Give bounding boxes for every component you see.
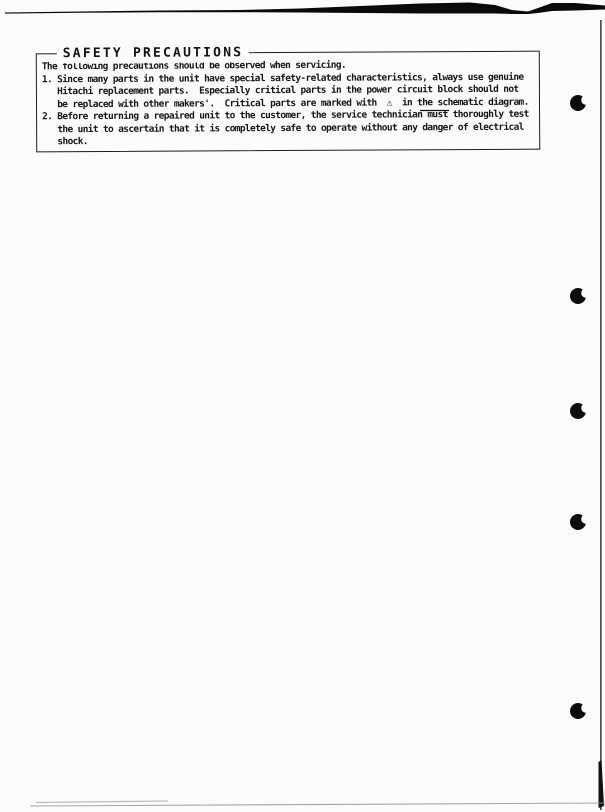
binder-hole-mark <box>570 403 591 419</box>
right-edge-scan-line <box>599 20 605 810</box>
safety-item-2: 2. Before returning a repaired unit to t… <box>42 109 537 149</box>
binder-hole-mark <box>570 514 591 530</box>
binder-hole-mark <box>570 288 591 304</box>
safety-item-1: 1. Since many parts in the unit have spe… <box>42 71 537 111</box>
bottom-page-edge-line <box>30 801 605 806</box>
safety-precautions-box: SAFETY PRECAUTIONS The following precaut… <box>36 51 541 153</box>
scanned-page: SAFETY PRECAUTIONS The following precaut… <box>0 0 605 812</box>
top-edge-scan-band <box>5 3 605 15</box>
binder-hole-mark <box>570 95 591 111</box>
binder-hole-mark <box>570 703 591 719</box>
safety-precautions-title: SAFETY PRECAUTIONS <box>57 43 250 63</box>
